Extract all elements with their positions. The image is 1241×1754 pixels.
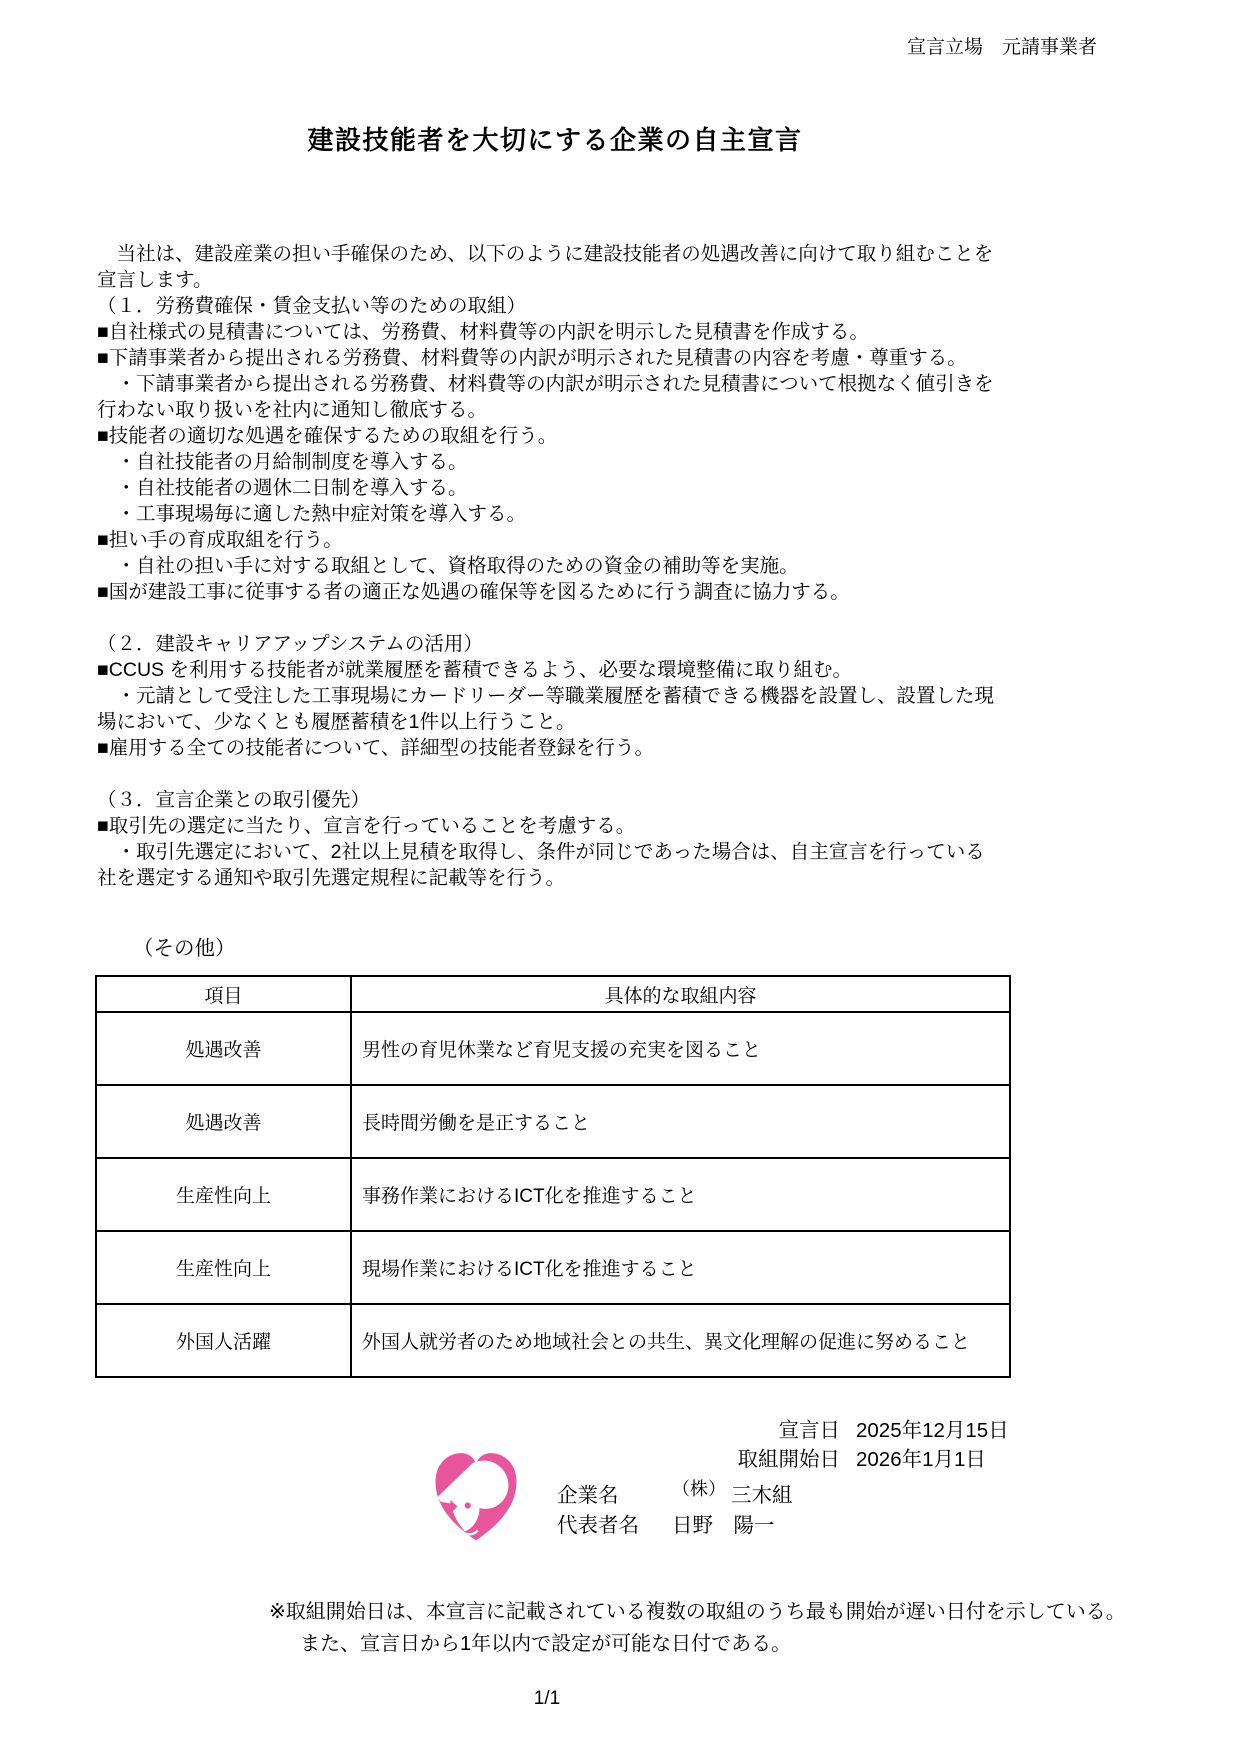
- item-cell: 生産性向上: [96, 1158, 351, 1231]
- representative-name: 日野 陽一: [672, 1511, 775, 1541]
- company-row: 企業名 （株）三木組: [557, 1481, 793, 1511]
- start-date-value: 2026年1月1日: [856, 1445, 986, 1474]
- detail-cell: 事務作業におけるICT化を推進すること: [351, 1158, 1010, 1231]
- declaration-stance: 宣言立場 元請事業者: [907, 32, 1097, 59]
- page-title: 建設技能者を大切にする企業の自主宣言: [0, 120, 1110, 157]
- body-line: [97, 761, 1157, 787]
- body-line: ■技能者の適切な処遇を確保するための取組を行う。: [97, 423, 1157, 449]
- detail-cell: 長時間労働を是正すること: [351, 1085, 1010, 1158]
- declaration-date-value: 2025年12月15日: [856, 1416, 1009, 1445]
- company-name-value: （株）三木組: [672, 1481, 793, 1511]
- item-column-header: 項目: [96, 976, 351, 1012]
- body-line: 場において、少なくとも履歴蓄積を1件以上行うこと。: [97, 709, 1157, 735]
- table-row: 生産性向上現場作業におけるICT化を推進すること: [96, 1231, 1010, 1304]
- body-line: ・工事現場毎に適した熱中症対策を導入する。: [97, 501, 1157, 527]
- body-line: （２．建設キャリアアップシステムの活用）: [97, 631, 1157, 657]
- body-text: 当社は、建設産業の担い手確保のため、以下のように建設技能者の処遇改善に向けて取り…: [97, 241, 1157, 891]
- body-line: ・下請事業者から提出される労務費、材料費等の内訳が明示された見積書について根拠な…: [97, 371, 1157, 397]
- footnote-line1: ※取組開始日は、本宣言に記載されている複数の取組のうち最も開始が遅い日付を示して…: [269, 1595, 1126, 1624]
- declaration-date-label: 宣言日: [728, 1416, 840, 1445]
- others-table: 項目 具体的な取組内容 処遇改善男性の育児休業など育児支援の充実を図ること処遇改…: [95, 975, 1011, 1378]
- representative-row: 代表者名 日野 陽一: [557, 1511, 793, 1541]
- body-line: ・元請として受注した工事現場にカードリーダー等職業履歴を蓄積できる機器を設置し、…: [97, 683, 1157, 709]
- body-line: ■下請事業者から提出される労務費、材料費等の内訳が明示された見積書の内容を考慮・…: [97, 345, 1157, 371]
- footnote-line2: また、宣言日から1年以内で設定が可能な日付である。: [300, 1627, 791, 1656]
- body-line: 宣言します。: [97, 267, 1157, 293]
- body-line: 行わない取り扱いを社内に通知し徹底する。: [97, 397, 1157, 423]
- table-row: 外国人活躍外国人就労者のため地域社会との共生、異文化理解の促進に努めること: [96, 1304, 1010, 1377]
- body-line: ・自社技能者の月給制制度を導入する。: [97, 449, 1157, 475]
- signature-names: 企業名 （株）三木組 代表者名 日野 陽一: [557, 1481, 793, 1541]
- table-header-row: 項目 具体的な取組内容: [96, 976, 1010, 1012]
- company-prefix: （株）: [672, 1479, 726, 1499]
- company-label: 企業名: [557, 1481, 672, 1511]
- body-line: ■CCUS を利用する技能者が就業履歴を蓄積できるよう、必要な環境整備に取り組む…: [97, 657, 1157, 683]
- body-line: （１．労務費確保・賃金支払い等のための取組）: [97, 293, 1157, 319]
- representative-label: 代表者名: [557, 1511, 672, 1541]
- detail-cell: 外国人就労者のため地域社会との共生、異文化理解の促進に努めること: [351, 1304, 1010, 1377]
- body-line: 当社は、建設産業の担い手確保のため、以下のように建設技能者の処遇改善に向けて取り…: [97, 241, 1157, 267]
- declaration-date-row: 宣言日 2025年12月15日: [728, 1416, 1009, 1445]
- company-name: 三木組: [731, 1484, 793, 1507]
- body-line: ■担い手の育成取組を行う。: [97, 527, 1157, 553]
- body-line: ・自社技能者の週休二日制を導入する。: [97, 475, 1157, 501]
- document-page: 宣言立場 元請事業者 建設技能者を大切にする企業の自主宣言 当社は、建設産業の担…: [0, 0, 1241, 1754]
- item-cell: 処遇改善: [96, 1012, 351, 1085]
- table-row: 生産性向上事務作業におけるICT化を推進すること: [96, 1158, 1010, 1231]
- start-date-label: 取組開始日: [728, 1445, 840, 1474]
- declaration-dates: 宣言日 2025年12月15日 取組開始日 2026年1月1日: [728, 1416, 1009, 1474]
- body-line: ■取引先の選定に当たり、宣言を行っていることを考慮する。: [97, 813, 1157, 839]
- item-cell: 外国人活躍: [96, 1304, 351, 1377]
- item-cell: 処遇改善: [96, 1085, 351, 1158]
- table-row: 処遇改善長時間労働を是正すること: [96, 1085, 1010, 1158]
- body-line: ■国が建設工事に従事する者の適正な処遇の確保等を図るために行う調査に協力する。: [97, 579, 1157, 605]
- body-line: 社を選定する通知や取引先選定規程に記載等を行う。: [97, 865, 1157, 891]
- heart-helmet-logo: [430, 1443, 522, 1546]
- body-line: [97, 605, 1157, 631]
- detail-cell: 男性の育児休業など育児支援の充実を図ること: [351, 1012, 1010, 1085]
- item-cell: 生産性向上: [96, 1231, 351, 1304]
- body-line: ■雇用する全ての技能者について、詳細型の技能者登録を行う。: [97, 735, 1157, 761]
- table-row: 処遇改善男性の育児休業など育児支援の充実を図ること: [96, 1012, 1010, 1085]
- logo-eye-dot: [465, 1502, 471, 1508]
- page-number: 1/1: [0, 1688, 1094, 1710]
- body-line: （３．宣言企業との取引優先）: [97, 787, 1157, 813]
- detail-cell: 現場作業におけるICT化を推進すること: [351, 1231, 1010, 1304]
- start-date-row: 取組開始日 2026年1月1日: [728, 1445, 1009, 1474]
- others-table-body: 処遇改善男性の育児休業など育児支援の充実を図ること処遇改善長時間労働を是正するこ…: [96, 1012, 1010, 1377]
- body-line: ・自社の担い手に対する取組として、資格取得のための資金の補助等を実施。: [97, 553, 1157, 579]
- others-section-label: （その他）: [133, 931, 236, 961]
- body-line: ・取引先選定において、2社以上見積を取得し、条件が同じであった場合は、自主宣言を…: [97, 839, 1157, 865]
- detail-column-header: 具体的な取組内容: [351, 976, 1010, 1012]
- body-line: ■自社様式の見積書については、労務費、材料費等の内訳を明示した見積書を作成する。: [97, 319, 1157, 345]
